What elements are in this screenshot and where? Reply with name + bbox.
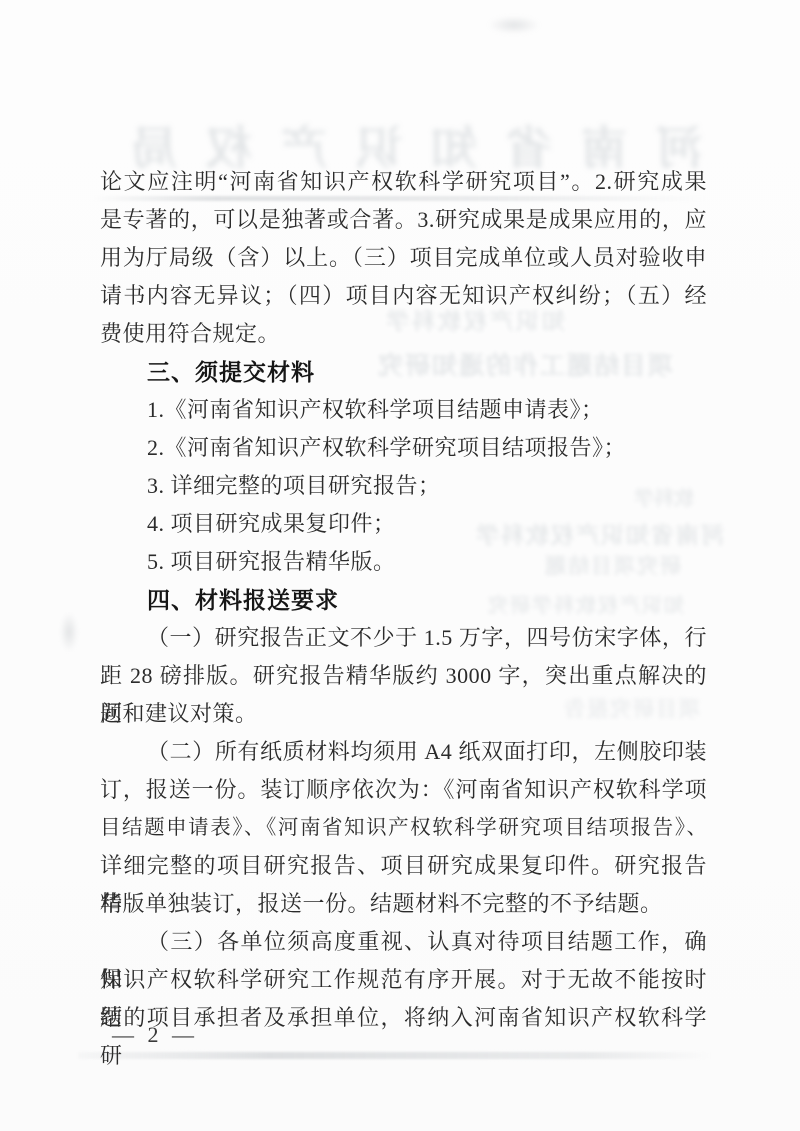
text-line: （三）各单位须高度重视、认真对待项目结题工作，确保 <box>100 923 707 961</box>
text-line: 距 28 磅排版。研究报告精华版约 3000 字，突出重点解决的问 <box>100 657 707 695</box>
text-line: 订，报送一份。装订顺序依次为：《河南省知识产权软科学项 <box>100 771 707 809</box>
text-line: 知识产权软科学研究工作规范有序开展。对于无故不能按时结 <box>100 961 707 999</box>
text-line: 5. 项目研究报告精华版。 <box>100 543 707 581</box>
text-line: 是专著的，可以是独著或合著。3.研究成果是成果应用的，应 <box>100 201 707 239</box>
scan-smudge <box>60 612 78 652</box>
text-line: 华版单独装订，报送一份。结题材料不完整的不予结题。 <box>100 885 707 923</box>
text-line: 论文应注明“河南省知识产权软科学研究项目”。2.研究成果 <box>100 163 707 201</box>
text-line: 1.《河南省知识产权软科学项目结题申请表》； <box>100 391 707 429</box>
section-heading: 四、材料报送要求 <box>100 581 707 619</box>
scan-smudge <box>488 16 540 34</box>
text-line: 题和建议对策。 <box>100 695 707 733</box>
text-line: 详细完整的项目研究报告、项目研究成果复印件。研究报告精 <box>100 847 707 885</box>
text-line: 请书内容无异议；（四）项目内容无知识产权纠纷；（五）经 <box>100 277 707 315</box>
page-number: — 2 — <box>112 1022 198 1048</box>
scan-streak <box>78 1052 712 1059</box>
text-line: （一）研究报告正文不少于 1.5 万字，四号仿宋字体，行 <box>100 619 707 657</box>
text-line: 3. 详细完整的项目研究报告； <box>100 467 707 505</box>
text-line: 4. 项目研究成果复印件； <box>100 505 707 543</box>
text-line: 目结题申请表》、《河南省知识产权软科学研究项目结项报告》、 <box>100 809 707 847</box>
text-line: 2.《河南省知识产权软科学研究项目结项报告》； <box>100 429 707 467</box>
section-heading: 三、须提交材料 <box>100 353 707 391</box>
text-line: 费使用符合规定。 <box>100 315 707 353</box>
text-line: （二）所有纸质材料均须用 A4 纸双面打印，左侧胶印装 <box>100 733 707 771</box>
document-page: 河南省知识产权局 知识产权软科学 项目结题工作的通知研究 软科学 河南省知识产权… <box>0 0 800 1131</box>
text-line: 用为厅局级（含）以上。（三）项目完成单位或人员对验收申 <box>100 239 707 277</box>
document-lines: 论文应注明“河南省知识产权软科学研究项目”。2.研究成果是专著的，可以是独著或合… <box>100 163 707 1037</box>
